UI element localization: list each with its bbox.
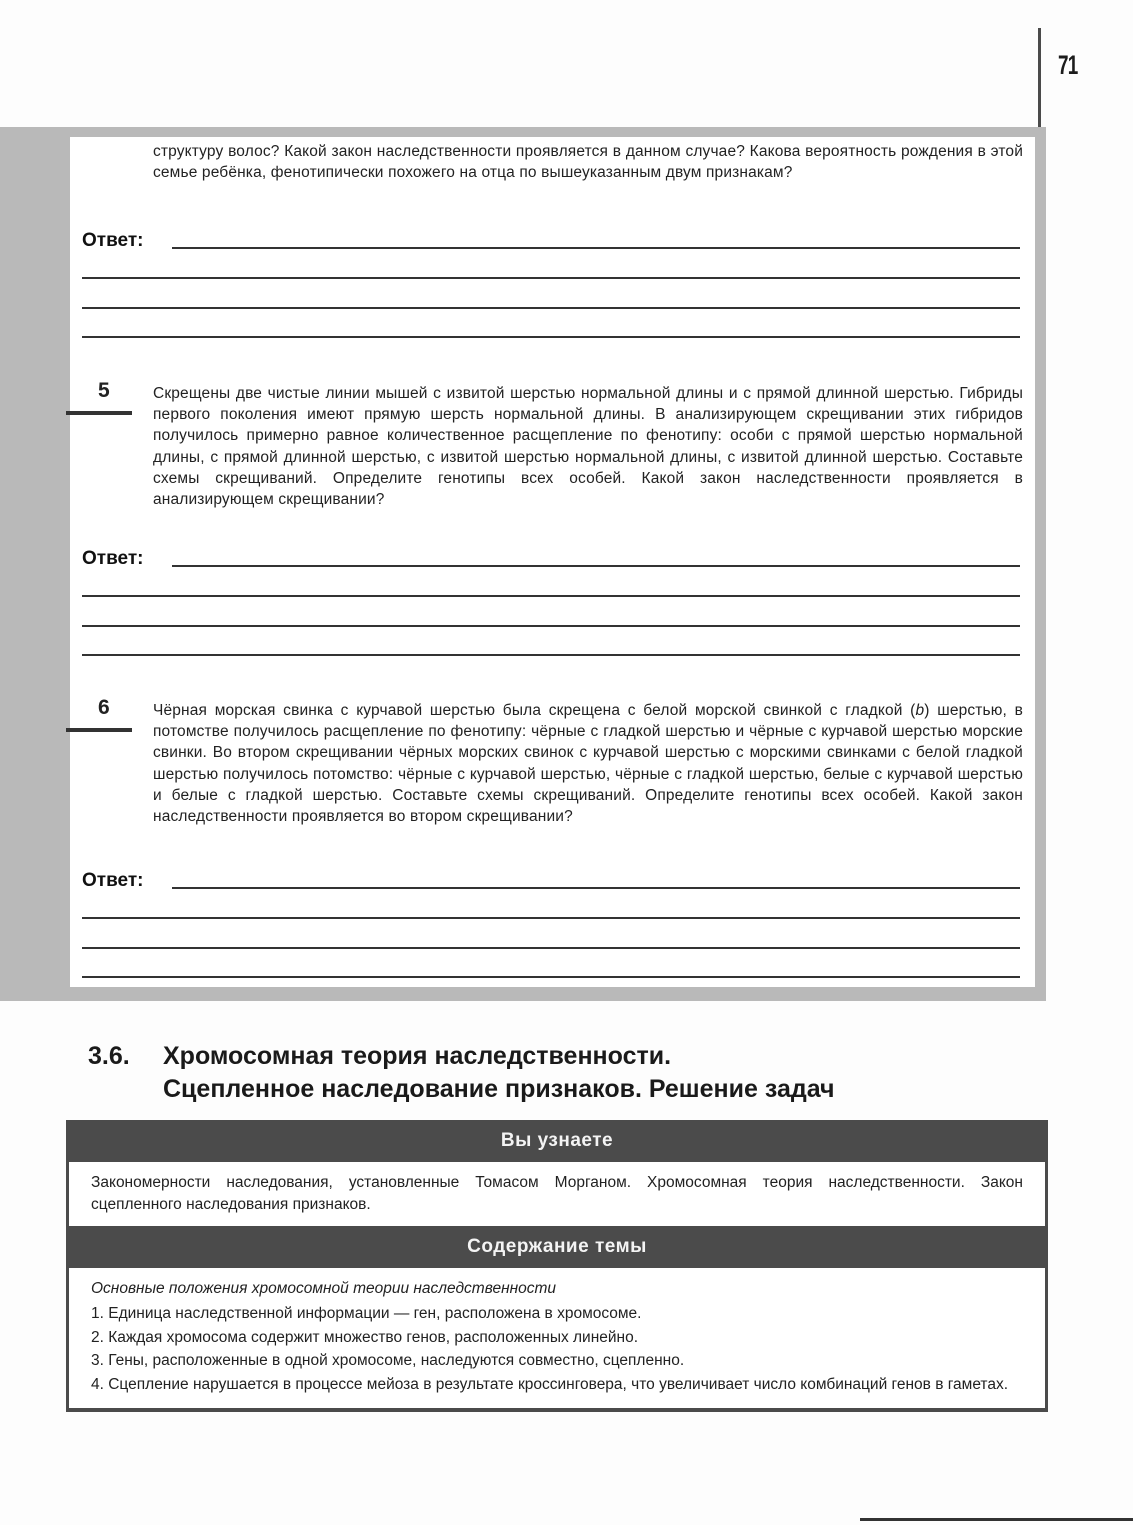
answer-line[interactable] (82, 976, 1020, 978)
task-6-text: Чёрная морская свинка с курчавой шерстью… (153, 700, 1023, 827)
answer-line[interactable] (82, 336, 1020, 338)
answer-line[interactable] (172, 887, 1020, 889)
learn-header: Вы узнаете (66, 1120, 1048, 1162)
answer-label: Ответ: (82, 230, 143, 252)
answer-block-5: Ответ: (82, 548, 1020, 648)
tasks-frame: структуру волос? Какой закон наследствен… (0, 127, 1046, 1001)
answer-line[interactable] (82, 307, 1020, 309)
list-item: 3. Гены, расположенные в одной хромосоме… (91, 1349, 1023, 1373)
allele-symbol: b (916, 702, 925, 719)
page-bottom-rule (860, 1518, 1133, 1521)
task-5-text: Скрещены две чистые линии мышей с извито… (153, 383, 1023, 510)
section-title-line1: Хромосомная теория наследственности. (163, 1042, 671, 1070)
content-body: Основные положения хромосомной теории на… (66, 1268, 1048, 1412)
task-number: 6 (98, 696, 110, 720)
task-number: 5 (98, 379, 110, 403)
section-title-line2: Сцепленное наследование признаков. Решен… (88, 1073, 835, 1106)
section-number: 3.6. (88, 1040, 163, 1073)
page-number: 71 (1058, 50, 1078, 81)
list-item: 1. Единица наследственной информации — г… (91, 1302, 1023, 1326)
list-item: 4. Сцепление нарушается в процессе мейоз… (91, 1373, 1023, 1397)
task-number-bar (66, 411, 132, 415)
answer-label: Ответ: (82, 870, 143, 892)
answer-line[interactable] (82, 917, 1020, 919)
answer-line[interactable] (82, 947, 1020, 949)
answer-block-6: Ответ: (82, 870, 1020, 970)
content-header: Содержание темы (66, 1226, 1048, 1268)
answer-line[interactable] (172, 565, 1020, 567)
content-list: 1. Единица наследственной информации — г… (91, 1302, 1023, 1396)
tasks-panel: структуру волос? Какой закон наследствен… (70, 137, 1035, 987)
topic-info-box: Вы узнаете Закономерности наследования, … (66, 1120, 1048, 1412)
task-4-continued-text: структуру волос? Какой закон наследствен… (153, 141, 1023, 183)
task-number-bar (66, 728, 132, 732)
answer-label: Ответ: (82, 548, 143, 570)
answer-line[interactable] (82, 277, 1020, 279)
answer-block-4: Ответ: (82, 230, 1020, 330)
learn-body: Закономерности наследования, установленн… (66, 1162, 1048, 1226)
list-item: 2. Каждая хромосома содержит множество г… (91, 1326, 1023, 1350)
task-6-text-part: Чёрная морская свинка с курчавой шерстью… (153, 702, 916, 719)
answer-line[interactable] (82, 654, 1020, 656)
learn-text: Закономерности наследования, установленн… (91, 1172, 1023, 1216)
content-subtitle: Основные положения хромосомной теории на… (91, 1278, 1023, 1300)
answer-line[interactable] (172, 247, 1020, 249)
page-margin-rule (1038, 28, 1041, 128)
answer-line[interactable] (82, 595, 1020, 597)
section-heading: 3.6.Хромосомная теория наследственности.… (88, 1040, 835, 1106)
task-6-text-part: ) шерстью, в потомстве получилось расщеп… (153, 702, 1023, 825)
answer-line[interactable] (82, 625, 1020, 627)
